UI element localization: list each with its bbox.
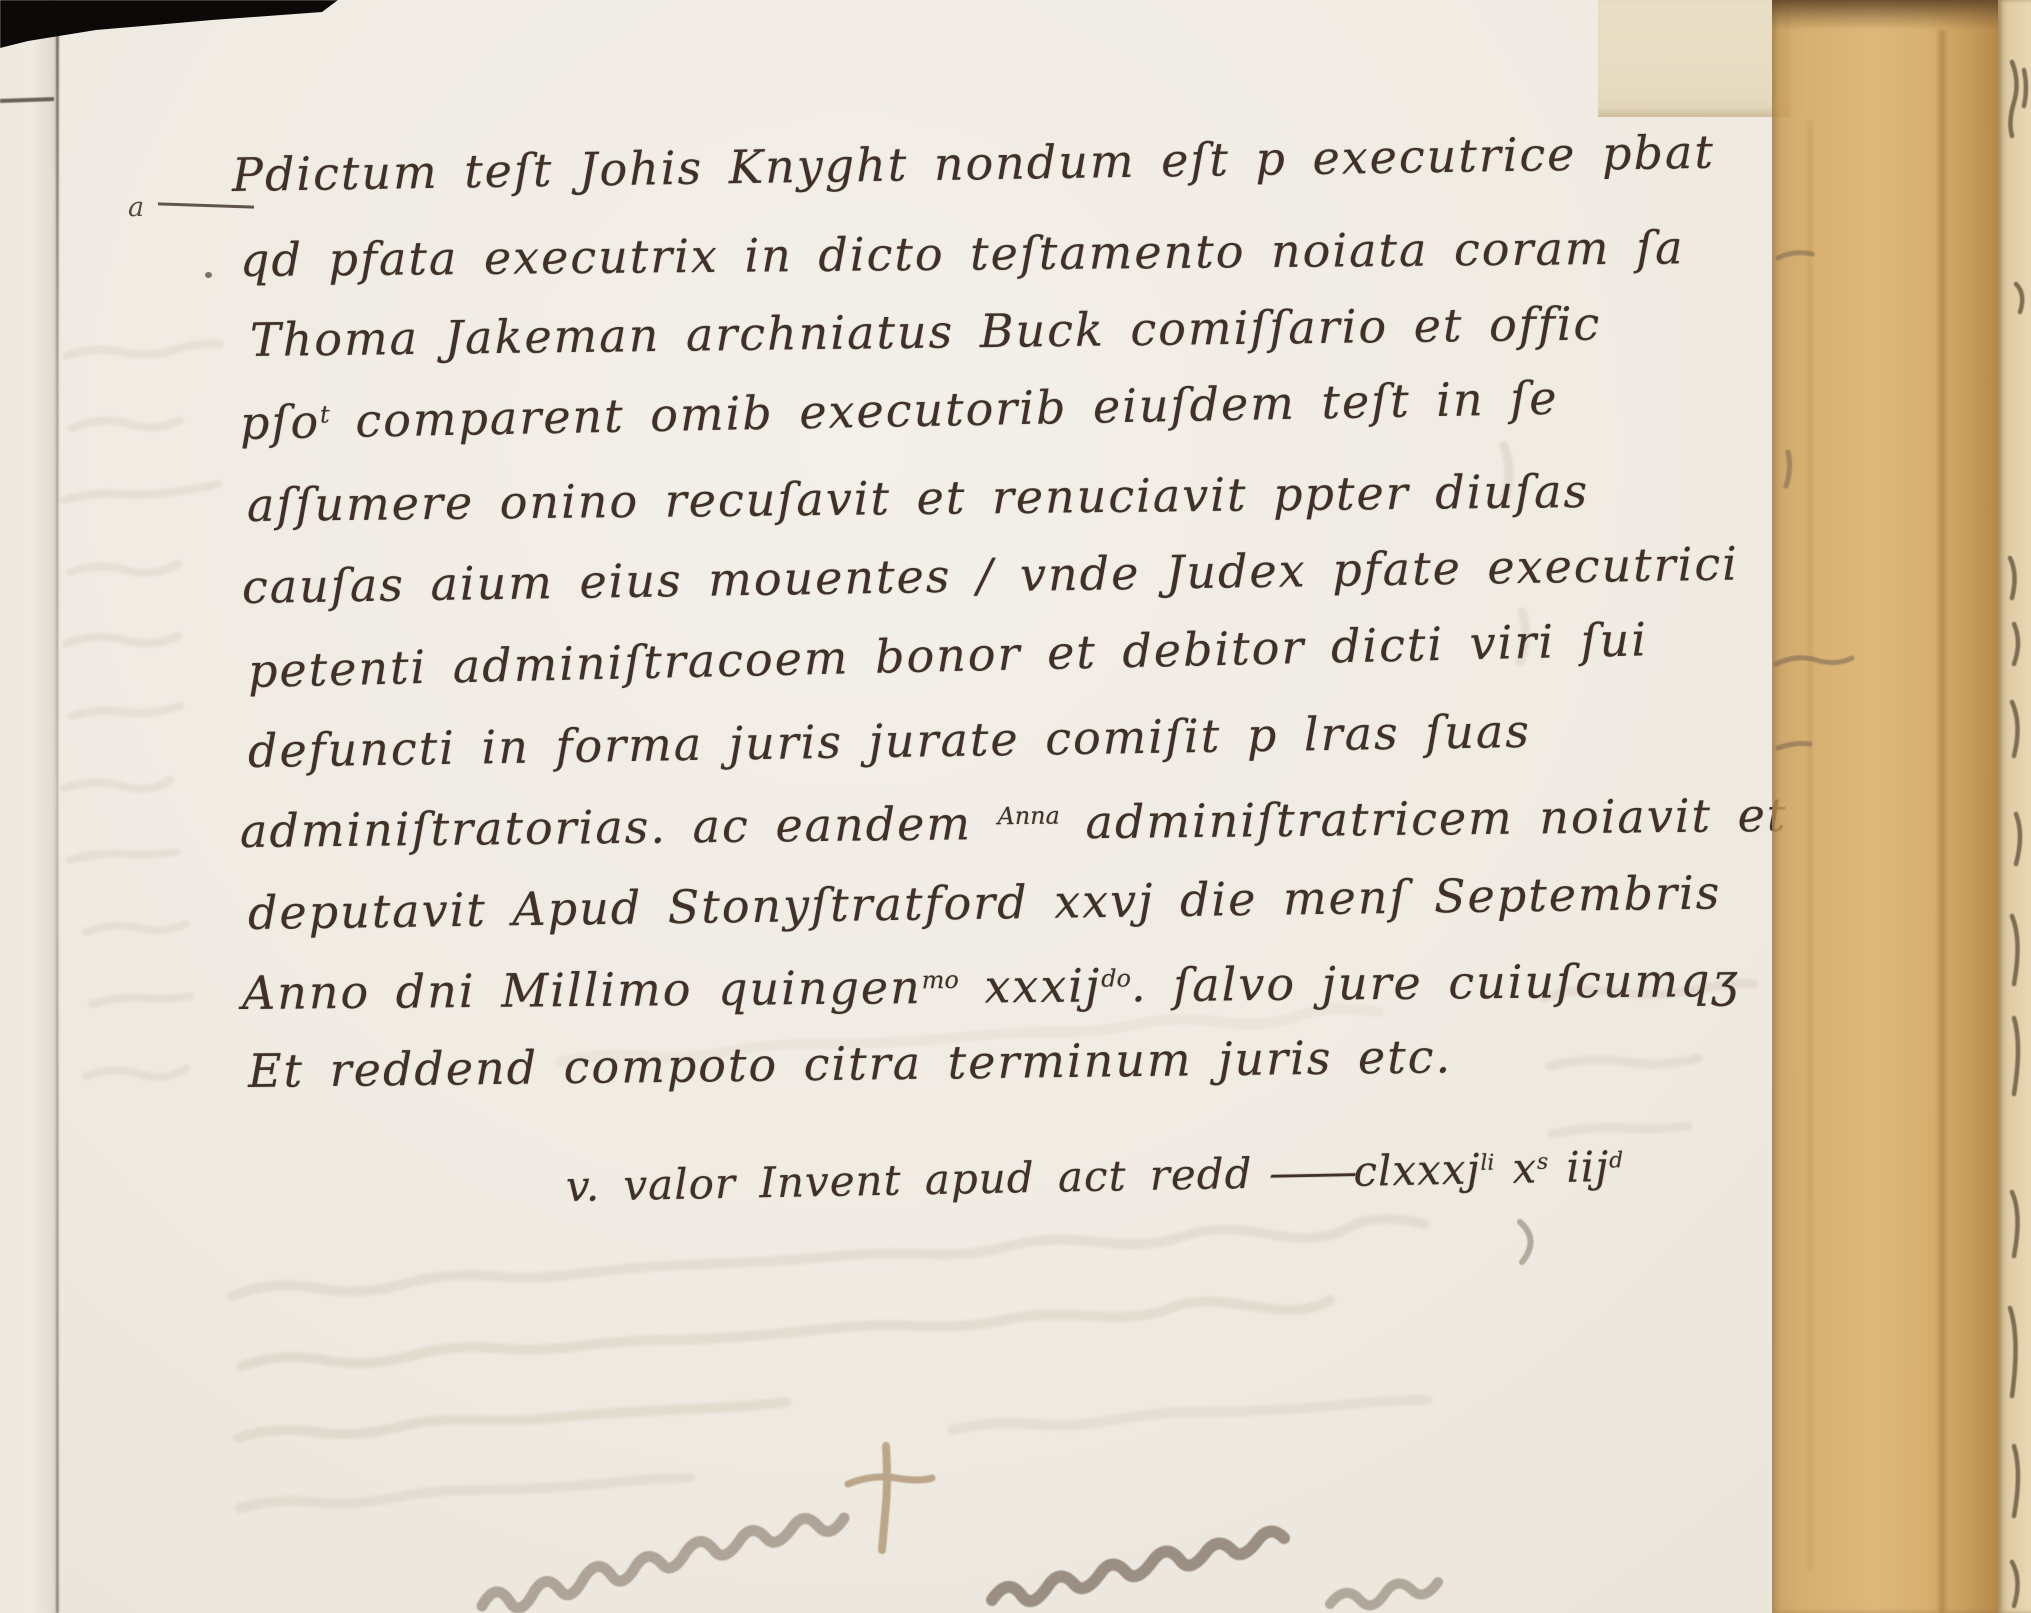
- cross-mark: [848, 1446, 932, 1550]
- bottom-cutoff-line: [482, 1518, 1438, 1608]
- strip-ghost-letters: [1776, 253, 1852, 748]
- next-leaf-letter-tips: [2010, 62, 2026, 1606]
- ink-fragments-svg: [0, 0, 2031, 1613]
- valuation-flourish: [1520, 1222, 1531, 1262]
- manuscript-page-photo: a Pdictum teſt Johis Knyght nondum eſt p…: [0, 0, 2031, 1613]
